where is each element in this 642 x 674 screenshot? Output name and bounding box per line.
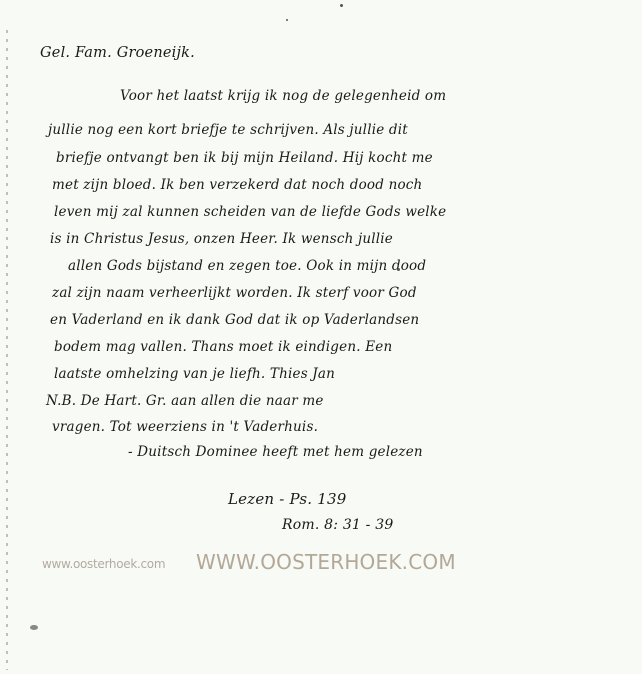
salutation: Gel. Fam. Groeneijk.	[40, 45, 195, 61]
chaplain-note: - Duitsch Dominee heeft met hem gelezen	[128, 444, 423, 460]
letter-line: en Vaderland en ik dank God dat ik op Va…	[50, 312, 419, 328]
letter-line: vragen. Tot weerziens in 't Vaderhuis.	[52, 419, 318, 435]
page-edge-marks	[6, 30, 8, 670]
letter-line: N.B. De Hart. Gr. aan allen die naar me	[46, 393, 324, 409]
watermark-small: www.oosterhoek.com	[42, 557, 165, 571]
speck	[30, 625, 38, 630]
speck	[286, 19, 288, 21]
letter-line: briefje ontvangt ben ik bij mijn Heiland…	[56, 150, 433, 166]
letter-line: leven mij zal kunnen scheiden van de lie…	[54, 204, 446, 220]
reading-romans: Rom. 8: 31 - 39	[282, 517, 393, 533]
letter-line: is in Christus Jesus, onzen Heer. Ik wen…	[50, 231, 393, 247]
reading-psalm: Lezen - Ps. 139	[228, 490, 346, 508]
letter-line: zal zijn naam verheerlijkt worden. Ik st…	[52, 285, 417, 301]
letter-line: allen Gods bijstand en zegen toe. Ook in…	[68, 258, 426, 274]
letter-line: jullie nog een kort briefje te schrijven…	[48, 122, 408, 138]
speck	[397, 268, 400, 271]
letter-line: laatste omhelzing van je liefh. Thies Ja…	[54, 366, 335, 382]
watermark-large: WWW.OOSTERHOEK.COM	[196, 550, 456, 574]
speck	[340, 4, 343, 7]
letter-line: met zijn bloed. Ik ben verzekerd dat noc…	[52, 177, 422, 193]
scanned-letter-page: Gel. Fam. Groeneijk. Voor het laatst kri…	[0, 0, 642, 674]
letter-line: Voor het laatst krijg ik nog de gelegenh…	[120, 88, 446, 104]
letter-line: bodem mag vallen. Thans moet ik eindigen…	[54, 339, 392, 355]
